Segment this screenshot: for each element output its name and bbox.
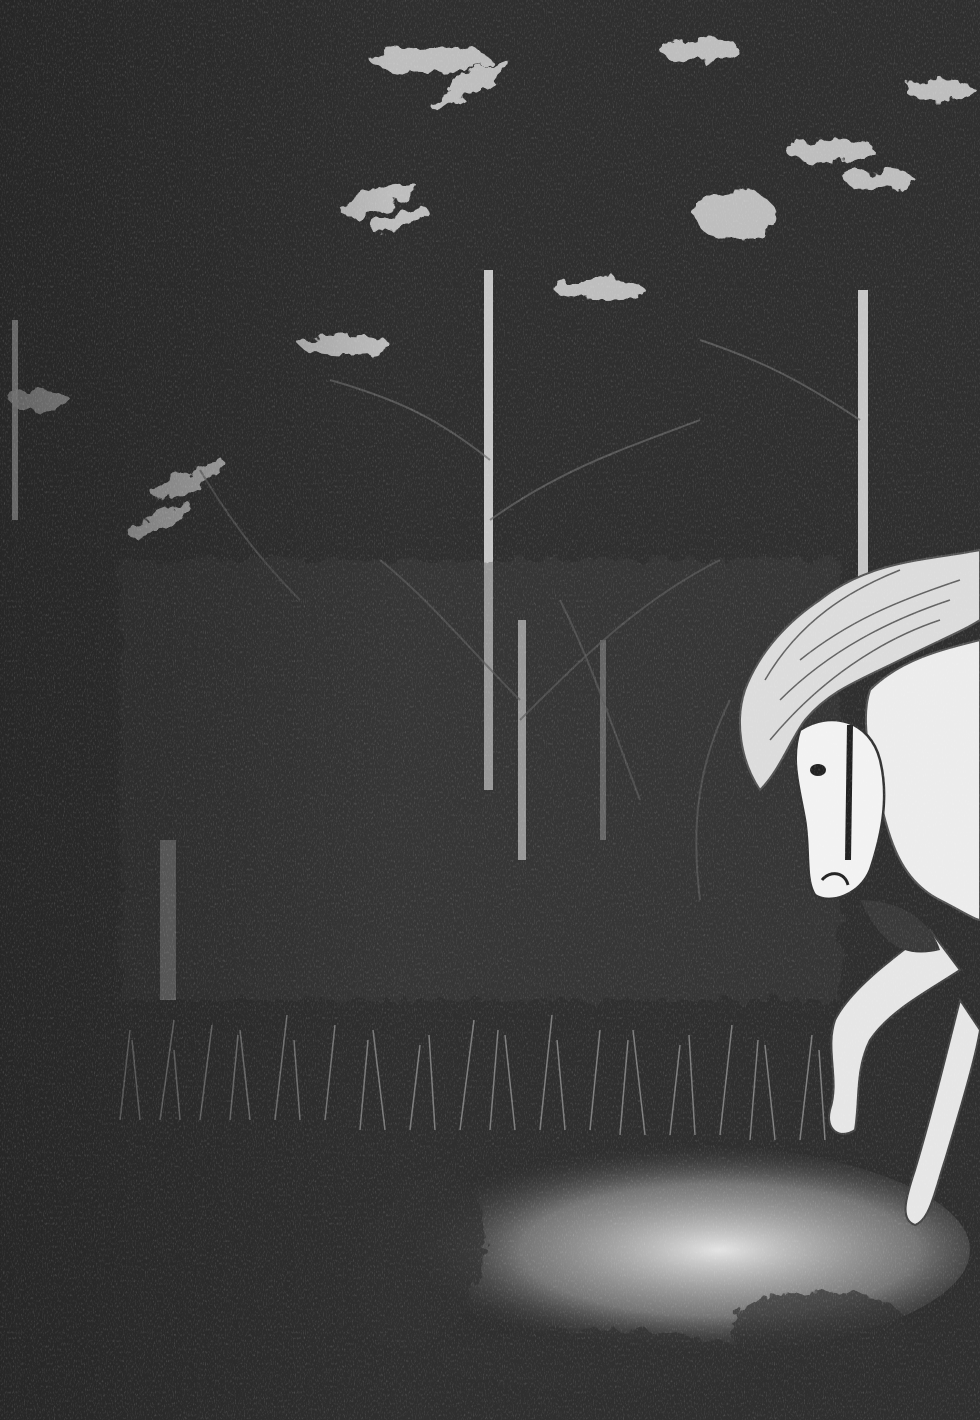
- illustration-canvas: [0, 0, 980, 1420]
- forest-horse-illustration: [0, 0, 980, 1420]
- grain-texture: [0, 0, 980, 1420]
